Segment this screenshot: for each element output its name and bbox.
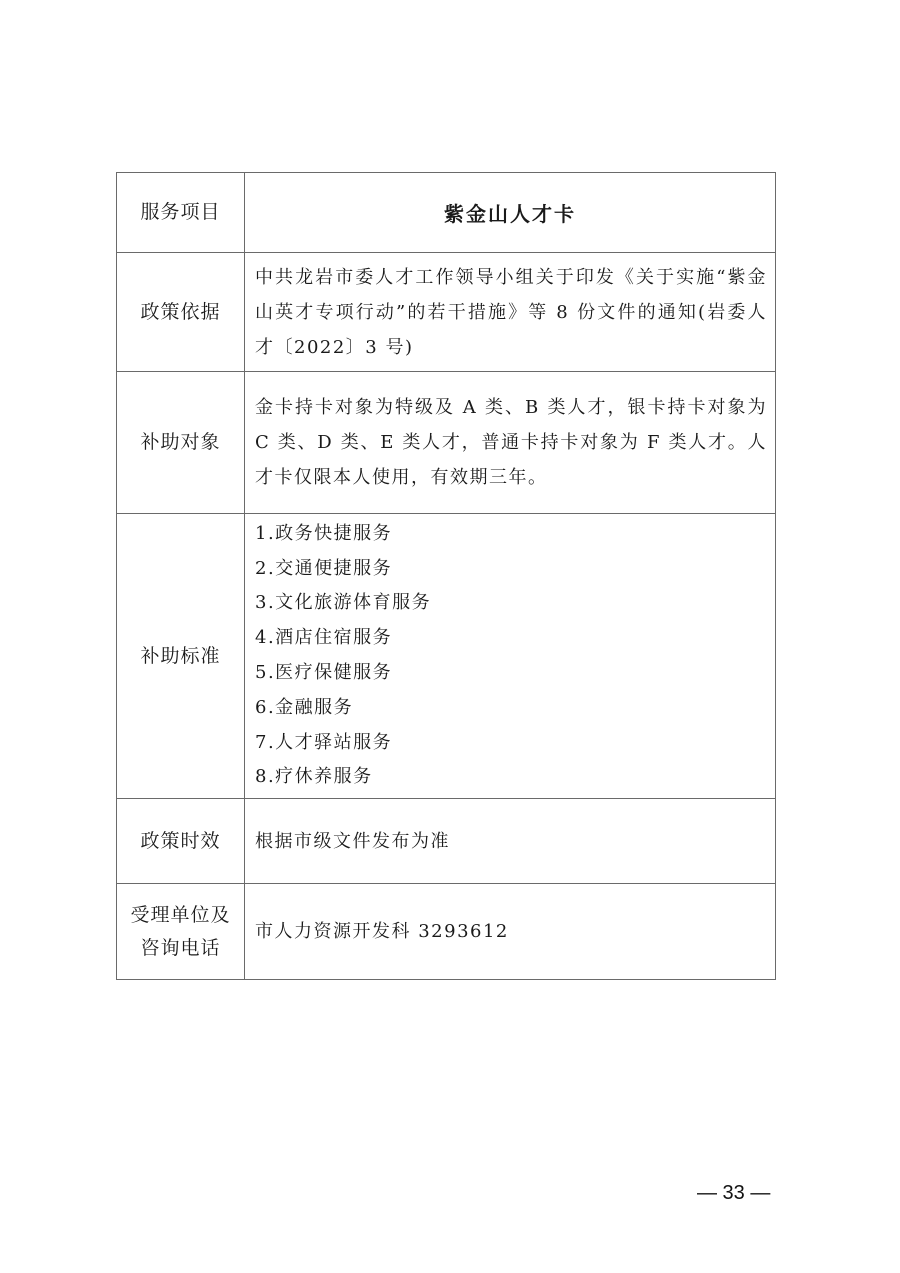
- list-item: 5.医疗保健服务: [255, 656, 767, 691]
- row-label: 受理单位及 咨询电话: [117, 884, 245, 980]
- row-label: 政策依据: [117, 253, 245, 372]
- row-label: 政策时效: [117, 799, 245, 884]
- page-number: — 33 —: [697, 1182, 770, 1205]
- list-item: 2.交通便捷服务: [255, 552, 767, 587]
- list-item: 4.酒店住宿服务: [255, 621, 767, 656]
- row-label: 服务项目: [117, 173, 245, 253]
- policy-basis-text: 中共龙岩市委人才工作领导小组关于印发《关于实施“紫金山英才专项行动”的若干措施》…: [245, 253, 776, 372]
- row-label: 补助标准: [117, 514, 245, 799]
- list-item: 6.金融服务: [255, 691, 767, 726]
- list-item: 7.人才驿站服务: [255, 726, 767, 761]
- subsidy-standard-list: 1.政务快捷服务 2.交通便捷服务 3.文化旅游体育服务 4.酒店住宿服务 5.…: [245, 514, 776, 799]
- list-item: 8.疗休养服务: [255, 760, 767, 795]
- contact-text: 市人力资源开发科 3293612: [245, 884, 776, 980]
- service-title: 紫金山人才卡: [245, 173, 776, 253]
- eligible-recipients-text: 金卡持卡对象为特级及 A 类、B 类人才，银卡持卡对象为 C 类、D 类、E 类…: [245, 372, 776, 514]
- list-item: 1.政务快捷服务: [255, 517, 767, 552]
- table-row-eligible-recipients: 补助对象 金卡持卡对象为特级及 A 类、B 类人才，银卡持卡对象为 C 类、D …: [117, 372, 776, 514]
- row-label: 补助对象: [117, 372, 245, 514]
- policy-table: 服务项目 紫金山人才卡 政策依据 中共龙岩市委人才工作领导小组关于印发《关于实施…: [116, 172, 776, 980]
- row-label-line: 咨询电话: [117, 932, 244, 965]
- policy-validity-text: 根据市级文件发布为准: [245, 799, 776, 884]
- row-label-line: 受理单位及: [117, 899, 244, 932]
- table-row-policy-basis: 政策依据 中共龙岩市委人才工作领导小组关于印发《关于实施“紫金山英才专项行动”的…: [117, 253, 776, 372]
- table-row-subsidy-standard: 补助标准 1.政务快捷服务 2.交通便捷服务 3.文化旅游体育服务 4.酒店住宿…: [117, 514, 776, 799]
- table-row-service-item: 服务项目 紫金山人才卡: [117, 173, 776, 253]
- table-row-contact: 受理单位及 咨询电话 市人力资源开发科 3293612: [117, 884, 776, 980]
- list-item: 3.文化旅游体育服务: [255, 586, 767, 621]
- table-row-policy-validity: 政策时效 根据市级文件发布为准: [117, 799, 776, 884]
